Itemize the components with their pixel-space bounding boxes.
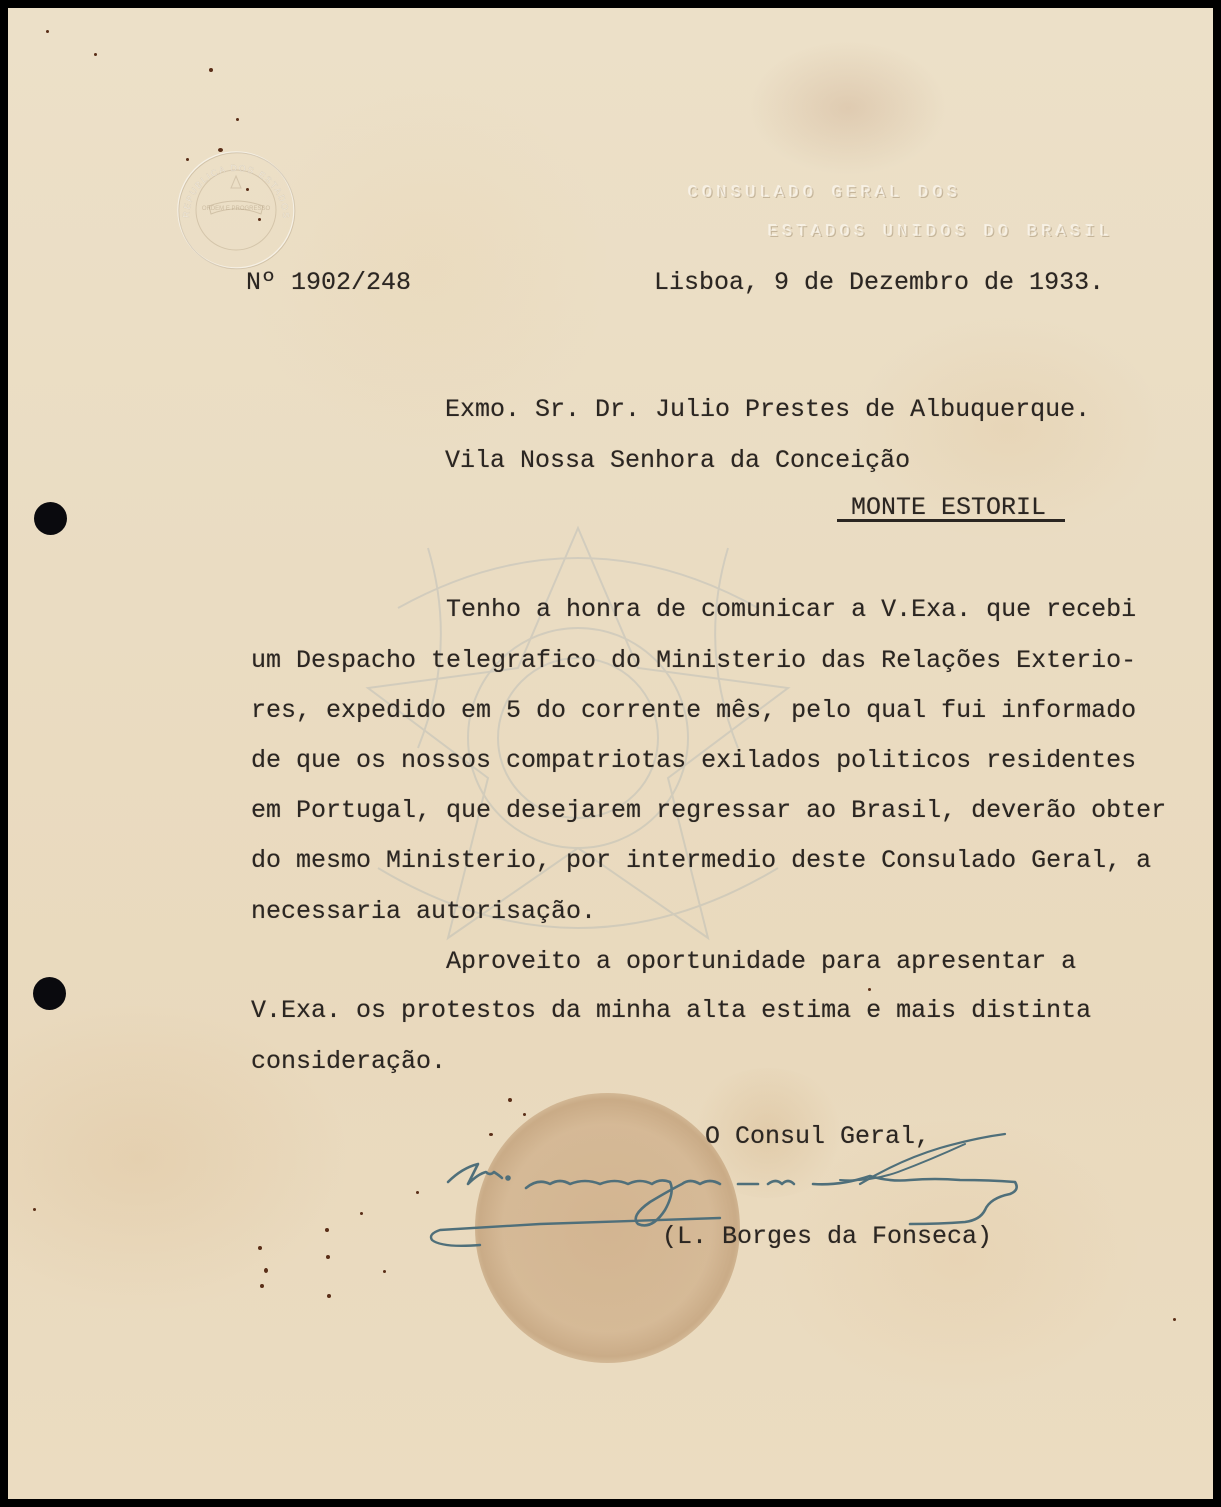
foxing-spot xyxy=(508,1098,512,1102)
foxing-spot xyxy=(523,1113,526,1116)
signatory-name: (L. Borges da Fonseca) xyxy=(662,1212,992,1262)
recipient-locality: MONTE ESTORIL xyxy=(851,483,1046,533)
reference-number: Nº 1902/248 xyxy=(246,258,411,308)
foxing-spot xyxy=(246,188,249,191)
svg-text:ORDEM E PROGRESSO: ORDEM E PROGRESSO xyxy=(202,206,271,212)
foxing-spot xyxy=(209,68,213,72)
body-line: V.Exa. os protestos da minha alta estima… xyxy=(251,986,1091,1036)
letterhead-line-1: CONSULADO GERAL DOS xyxy=(688,184,962,203)
body-line: res, expedido em 5 do corrente mês, pelo… xyxy=(251,686,1136,736)
foxing-spot xyxy=(258,218,261,221)
foxing-spot xyxy=(327,1294,331,1298)
recipient-name: Exmo. Sr. Dr. Julio Prestes de Albuquerq… xyxy=(445,385,1090,435)
body-line: Tenho a honra de comunicar a V.Exa. que … xyxy=(446,585,1136,635)
body-line: um Despacho telegrafico do Ministerio da… xyxy=(251,636,1136,686)
foxing-spot xyxy=(260,1284,264,1288)
foxing-spot xyxy=(218,148,223,152)
embossed-seal-icon: REPUBLICA DOS ESTADOS UNIDOS DO BRASIL O… xyxy=(171,148,301,273)
place-date: Lisboa, 9 de Dezembro de 1933. xyxy=(654,258,1104,308)
letterhead-line-2: ESTADOS UNIDOS DO BRASIL xyxy=(768,223,1114,242)
foxing-spot xyxy=(186,158,189,161)
body-line: de que os nossos compatriotas exilados p… xyxy=(251,736,1136,786)
punch-hole xyxy=(33,977,66,1010)
foxing-spot xyxy=(94,53,97,56)
foxing-spot xyxy=(46,30,49,33)
foxing-spot xyxy=(33,1208,36,1211)
body-line: em Portugal, que desejarem regressar ao … xyxy=(251,786,1166,836)
body-line: consideração. xyxy=(251,1037,446,1087)
foxing-spot xyxy=(360,1212,363,1215)
recipient-address: Vila Nossa Senhora da Conceição xyxy=(445,436,910,486)
foxing-spot xyxy=(236,118,239,121)
foxing-spot xyxy=(326,1255,330,1259)
locality-underline xyxy=(837,519,1065,522)
body-line: Aproveito a oportunidade para apresentar… xyxy=(446,937,1076,987)
foxing-spot xyxy=(258,1246,262,1250)
body-line: necessaria autorisação. xyxy=(251,887,596,937)
foxing-spot xyxy=(325,1228,329,1232)
punch-hole xyxy=(34,502,67,535)
foxing-spot xyxy=(383,1270,386,1273)
body-line: do mesmo Ministerio, por intermedio dest… xyxy=(251,836,1151,886)
foxing-spot xyxy=(416,1191,419,1194)
foxing-spot xyxy=(1173,1318,1176,1321)
foxing-spot xyxy=(264,1268,268,1273)
